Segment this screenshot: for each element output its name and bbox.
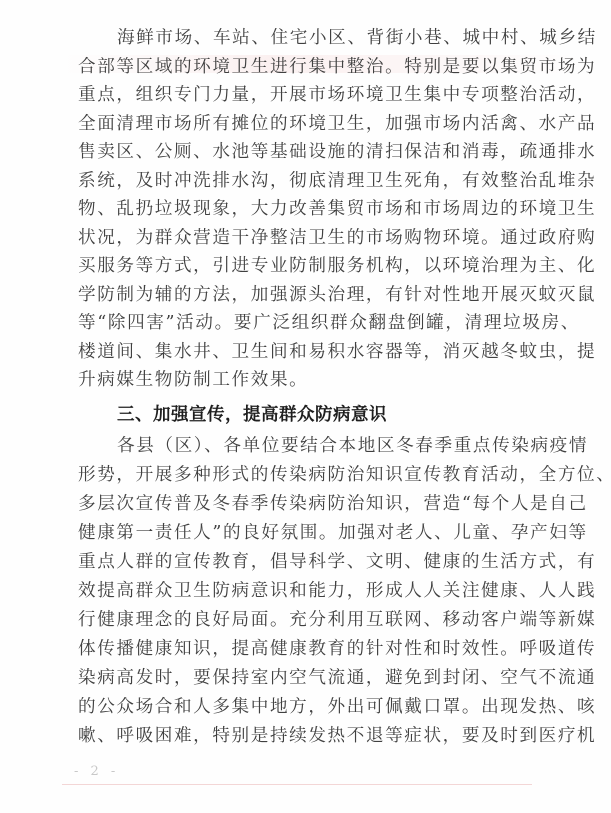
paragraph-line: 海鲜市场、车站、住宅小区、背街小巷、城中村、城乡结 [117,22,580,54]
paragraph-line: 效提高群众卫生防病意识和能力，形成人人关注健康、人人践 [78,575,580,607]
paragraph-line: 物、乱扔垃圾现象，大力改善集贸市场和市场周边的环境卫生 [78,193,580,225]
section-heading: 三、加强宣传，提高群众防病意识 [117,399,387,431]
paragraph-line: 升病媒生物防制工作效果。 [78,364,580,396]
bottom-rule [62,784,532,785]
paragraph-line: 多层次宣传普及冬春季传染病防治知识，营造“每个人是自己 [78,488,580,520]
document-page: 海鲜市场、车站、住宅小区、背街小巷、城中村、城乡结 合部等区域的环境卫生进行集中… [0,0,611,813]
page-number: - 2 - [74,764,119,779]
paragraph-line: 售卖区、公厕、水池等基础设施的清扫保洁和消毒，疏通排水 [78,136,580,168]
paragraph-line: 健康第一责任人”的良好氛围。加强对老人、儿童、孕产妇等 [78,517,580,549]
paragraph-line: 各县（区）、各单位要结合本地区冬春季重点传染病疫情 [117,430,580,462]
paragraph-line: 形势，开展多种形式的传染病防治知识宣传教育活动，全方位、 [78,459,580,491]
paragraph-line: 重点人群的宣传教育，倡导科学、文明、健康的生活方式，有 [78,546,580,578]
paragraph-line: 行健康理念的良好局面。充分利用互联网、移动客户端等新媒 [78,604,580,636]
paragraph-line: 嗽、呼吸困难，特别是持续发热不退等症状，要及时到医疗机 [78,720,580,752]
paragraph-line: 买服务等方式，引进专业防制服务机构，以环境治理为主、化 [78,250,580,282]
paragraph-line: 染病高发时，要保持室内空气流通，避免到封闭、空气不流通 [78,662,580,694]
paragraph-line: 体传播健康知识，提高健康教育的针对性和时效性。呼吸道传 [78,633,580,665]
paragraph-line: 的公众场合和人多集中地方，外出可佩戴口罩。出现发热、咳 [78,691,580,723]
paragraph-line: 重点，组织专门力量，开展市场环境卫生集中专项整治活动， [78,79,580,111]
paragraph-line: 等“除四害”活动。要广泛组织群众翻盘倒罐，清理垃圾房、 [78,307,580,339]
